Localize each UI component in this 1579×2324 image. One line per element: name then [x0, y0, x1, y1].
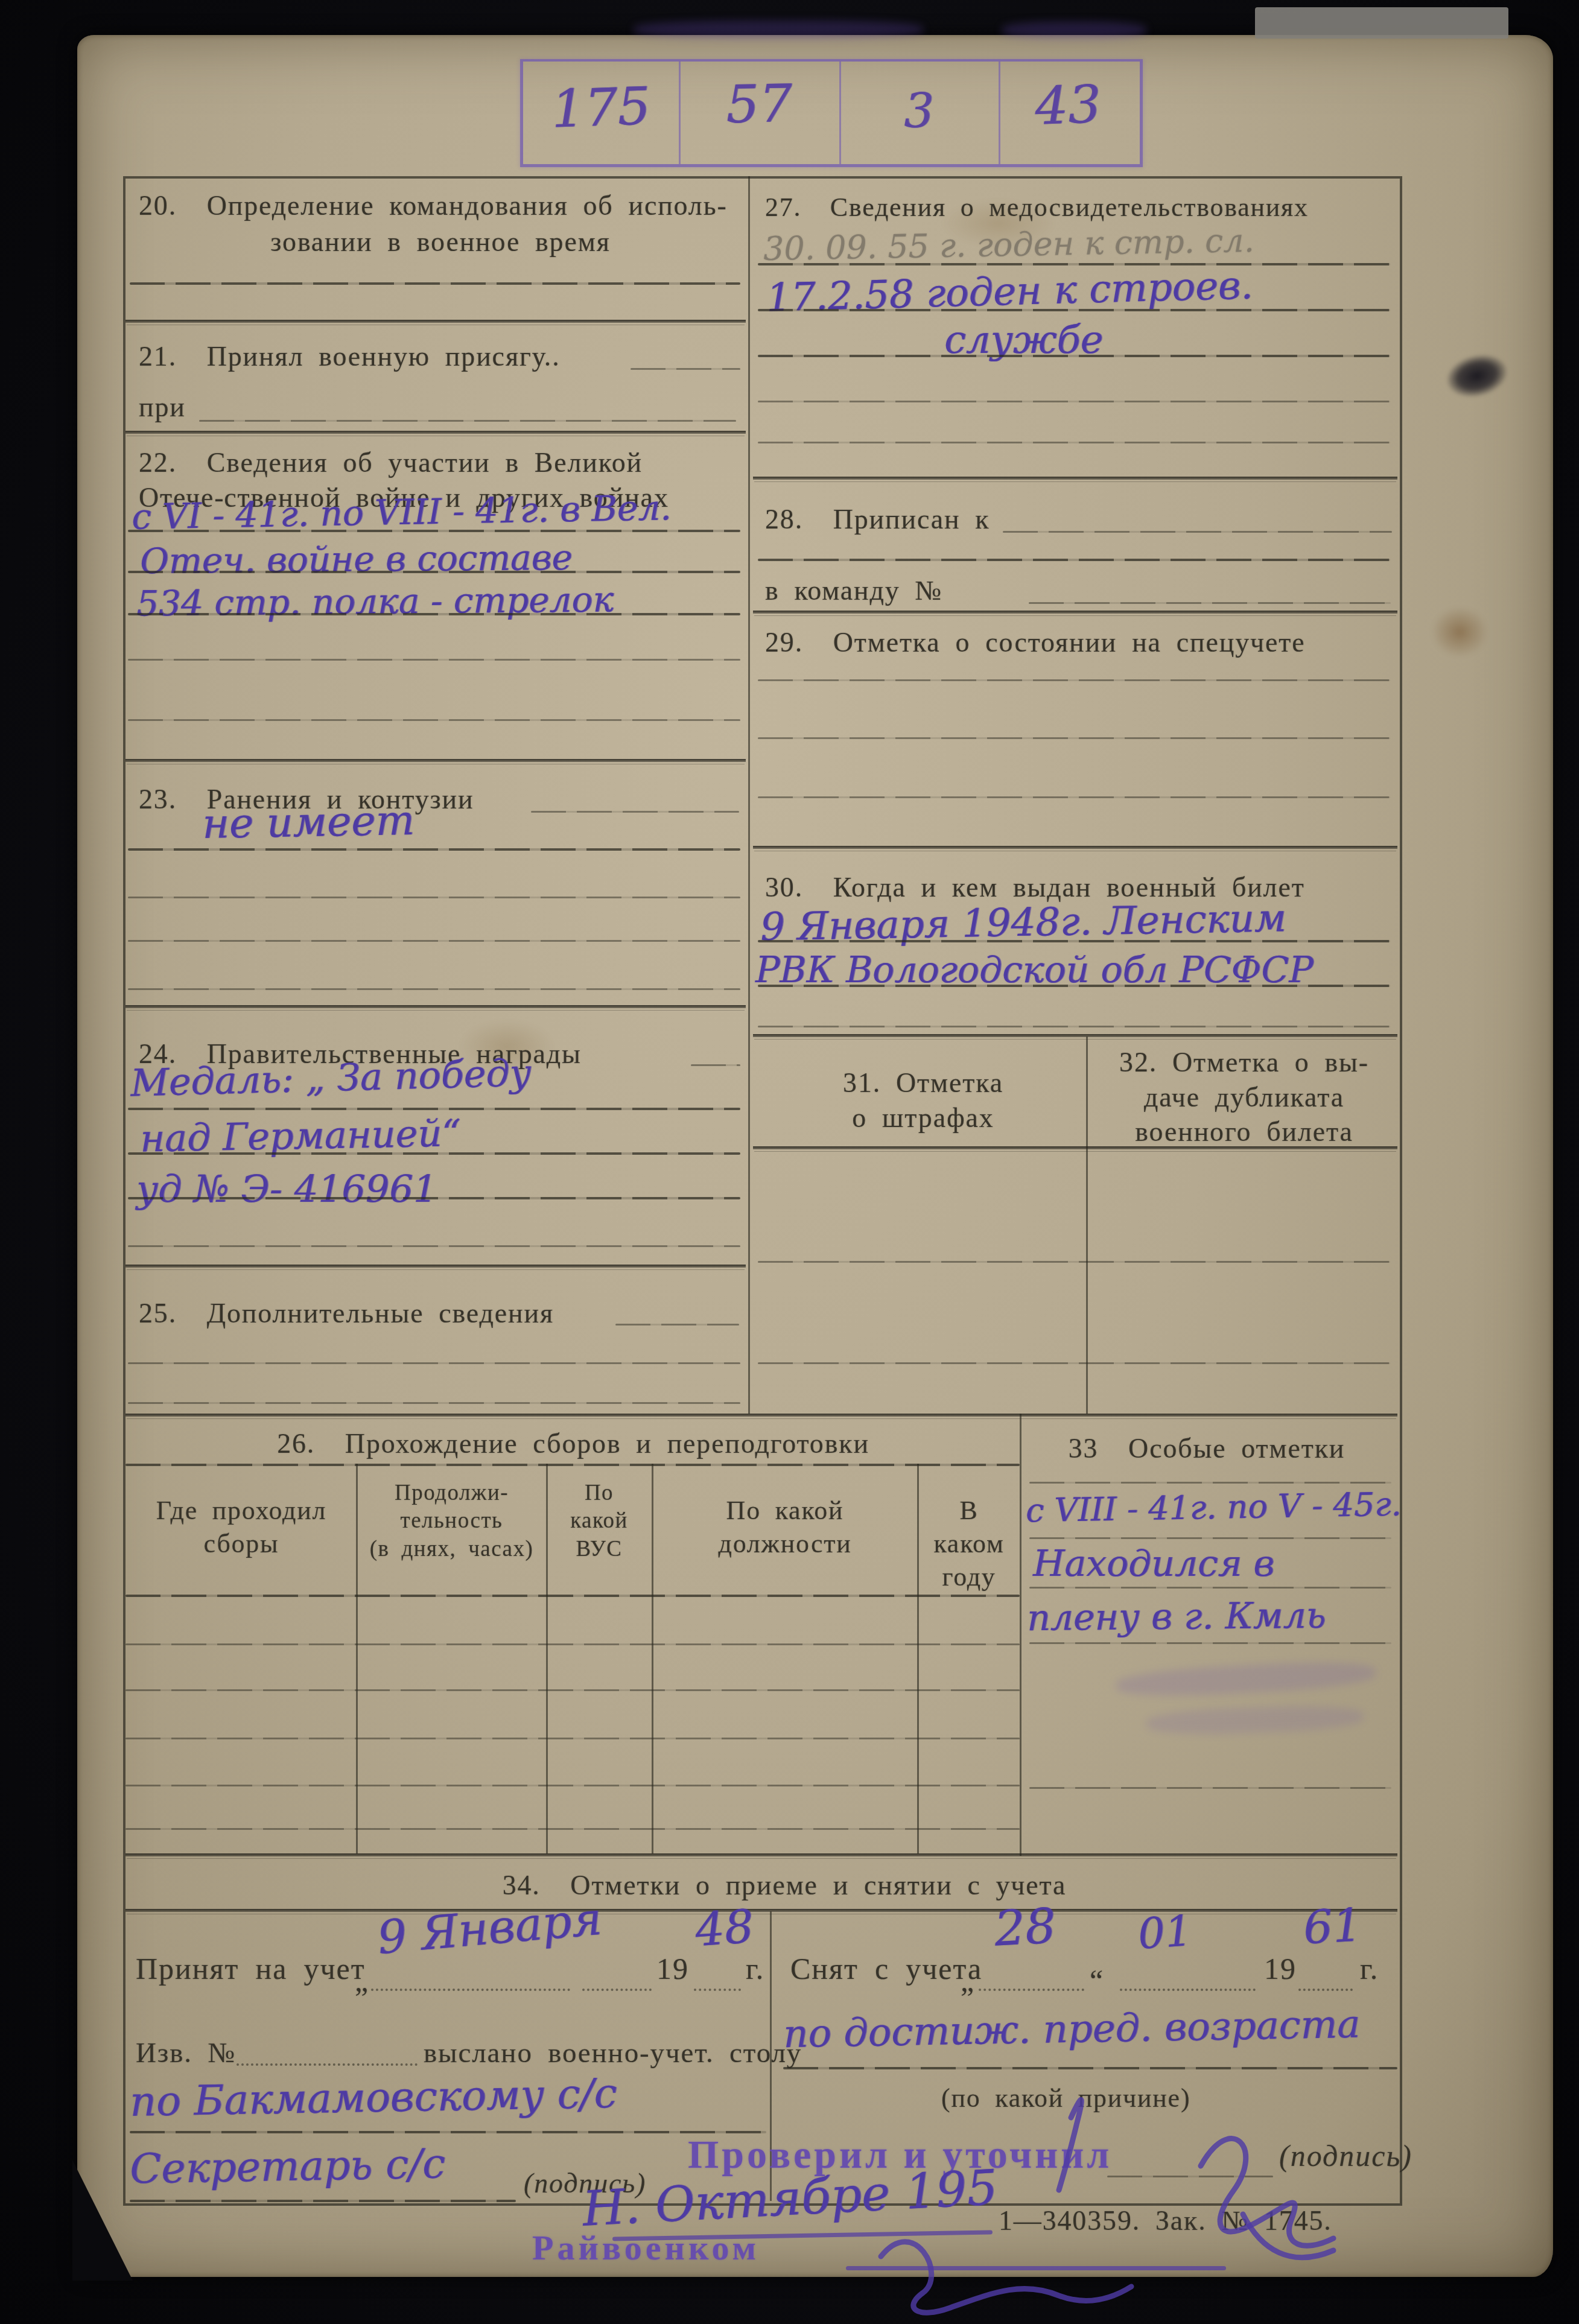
- section-label: Сведения о медосвидетельствованиях: [830, 192, 1309, 222]
- section-number: 32.: [1119, 1047, 1157, 1078]
- year-suffix: г.: [746, 1950, 764, 1988]
- handwriting: не имеет: [202, 801, 415, 845]
- izv-label: Изв. №: [136, 2036, 236, 2071]
- stamp-value: 175: [523, 80, 680, 137]
- dotted-leader: [1298, 1989, 1353, 1991]
- section-label: Принял военную присягу..: [207, 341, 561, 372]
- dotted-leader: [237, 2063, 418, 2066]
- faint-stamp-smudge: [634, 21, 923, 39]
- section-33-border: [1020, 1414, 1021, 1856]
- section-number: 28.: [765, 504, 803, 535]
- rule-line: [691, 1064, 740, 1066]
- section-20-title: 20. Определение командования об исполь-: [139, 188, 742, 223]
- table-row-line: [125, 1643, 1020, 1645]
- table-column-header: По какой ВУС: [549, 1479, 649, 1563]
- stamp-value: 3: [839, 88, 999, 135]
- rule-line: [758, 1261, 1390, 1263]
- section-label: Определение командования об исполь-: [207, 190, 728, 221]
- stamp-value: 57: [678, 77, 839, 132]
- rule-line: [758, 355, 1390, 357]
- section-29-title: 29. Отметка о состоянии на спецучете: [765, 625, 1396, 660]
- section-27-title: 27. Сведения о медосвидетельствованиях: [765, 191, 1396, 224]
- section-number: 22.: [139, 447, 177, 478]
- handwriting: РВК Вологодской обл РСФСР: [755, 952, 1314, 988]
- column-divider: [748, 176, 750, 1414]
- dotted-leader: [979, 1989, 1084, 1991]
- section-separator: [753, 477, 1397, 480]
- section-separator: [753, 1034, 1397, 1037]
- open-quote: „: [961, 1962, 975, 2000]
- rule-line: [758, 559, 1390, 561]
- rule-line: [1029, 1537, 1391, 1539]
- section-separator: [125, 1414, 1397, 1417]
- section-separator: [125, 1265, 746, 1268]
- rule-line: [128, 897, 740, 898]
- rule-line: [128, 530, 740, 532]
- section-separator: [125, 1005, 746, 1008]
- section-26-title: 26. Прохождение сборов и переподготовки: [229, 1426, 917, 1461]
- signature-strokes: [543, 2075, 1448, 2317]
- izv-label2: выслано военно-учет. столу: [424, 2036, 802, 2071]
- dotted-leader: [371, 1989, 570, 1991]
- section-number: 23.: [139, 784, 177, 814]
- rule-line: [128, 1245, 740, 1247]
- rule-line: [631, 368, 740, 370]
- faint-stamp-smudge: [1002, 22, 1146, 39]
- table-row-line: [125, 1738, 1020, 1739]
- section-31-title: 31. Отметка о штрафах: [778, 1065, 1068, 1135]
- section-number: 27.: [765, 192, 801, 222]
- handwriting: службе: [944, 321, 1103, 360]
- handwriting-year: 61: [1302, 1902, 1363, 1951]
- rule-line: [758, 309, 1390, 311]
- year-prefix: 19: [1264, 1950, 1297, 1988]
- section-21-title: 21. Принял военную присягу..: [139, 339, 706, 374]
- handwriting-year: 48: [693, 1903, 755, 1954]
- handwriting: с VI - 41г. по VIII - 41г. в Вел.: [132, 490, 672, 535]
- section-28-title: 28. Приписан к: [765, 502, 990, 537]
- dotted-leader: [694, 1989, 741, 1991]
- table-column-header: В каком году: [921, 1494, 1017, 1593]
- rule-line: [758, 1026, 1390, 1027]
- section-label: Отметки о приеме и снятии с учета: [570, 1870, 1066, 1900]
- handwriting-secretary: Секретарь с/с: [129, 2144, 445, 2190]
- section-number: 20.: [139, 190, 177, 221]
- paper-stain: [1431, 606, 1488, 658]
- rule-line: [130, 282, 740, 285]
- removed-label: Снят с учета: [790, 1950, 982, 1988]
- section-separator: [125, 1853, 1397, 1856]
- section-number: 26.: [277, 1428, 315, 1459]
- table-column-header: Где проходил сборы: [129, 1494, 354, 1560]
- registry-stamp-box: 175 57 3 43: [520, 59, 1143, 167]
- scanned-military-registration-card: 175 57 3 43 20. Определение командования…: [0, 0, 1579, 2324]
- section-label: Отметка о состоянии на спецучете: [833, 627, 1306, 658]
- stamp-value: 43: [998, 77, 1139, 134]
- section-20-title-line2: зовании в военное время: [199, 224, 682, 259]
- rule-line: [199, 420, 736, 422]
- table-header-line: [125, 1464, 1020, 1466]
- table-column-header: По какой должности: [655, 1494, 915, 1560]
- dotted-leader: [582, 1989, 652, 1991]
- handwriting: над Германией“: [139, 1114, 461, 1157]
- rule-line: [1029, 1787, 1391, 1789]
- handwriting: Находился в: [1033, 1546, 1274, 1582]
- section-separator: [753, 846, 1397, 849]
- rule-line: [758, 985, 1390, 987]
- section-separator: [125, 431, 746, 434]
- table-row-line: [125, 1785, 1020, 1786]
- section-number: 25.: [139, 1298, 177, 1329]
- rule-line: [128, 613, 740, 615]
- rule-line: [783, 2067, 1397, 2069]
- section-number: 21.: [139, 341, 177, 372]
- section-separator: [125, 320, 746, 323]
- rule-line: [758, 401, 1390, 402]
- rule-line: [128, 719, 740, 721]
- table-row-line: [125, 1828, 1020, 1830]
- rule-line: [128, 571, 740, 573]
- handwriting: уд № Э- 416961: [136, 1170, 437, 1208]
- table-column-divider: [546, 1464, 548, 1853]
- rule-line: [128, 940, 740, 942]
- table-column-header: Продолжи- тельность (в днях, часах): [360, 1479, 544, 1563]
- section-label: Приписан к: [833, 504, 990, 535]
- section-label: Дополнительные сведения: [207, 1298, 554, 1329]
- rule-line: [758, 442, 1390, 443]
- rule-line: [1029, 1642, 1391, 1644]
- scanner-edge-strip: [1255, 7, 1508, 39]
- section-separator: [753, 1146, 1397, 1149]
- table-column-divider: [356, 1464, 358, 1853]
- table-column-divider: [652, 1464, 653, 1853]
- section-separator: [753, 611, 1397, 614]
- year-suffix: г.: [1360, 1950, 1379, 1988]
- dotted-leader: [1120, 1989, 1256, 1991]
- table-column-divider: [917, 1464, 919, 1853]
- rule-line: [1029, 1482, 1391, 1484]
- section-32-title: 32. Отметка о вы- даче дубликата военног…: [1096, 1045, 1393, 1149]
- table-body-line: [125, 1595, 1020, 1597]
- section-label: Особые отметки: [1128, 1433, 1345, 1464]
- rule-line: [531, 811, 739, 813]
- rule-line: [1003, 531, 1392, 533]
- rule-line: [128, 988, 740, 990]
- rule-line: [128, 848, 740, 851]
- rule-line: [128, 1108, 740, 1110]
- section-33-title: 33 Особые отметки: [1026, 1431, 1388, 1466]
- rule-line: [758, 796, 1390, 798]
- section-separator: [125, 1909, 1397, 1912]
- rule-line: [128, 1152, 740, 1155]
- rule-line: [1029, 602, 1391, 604]
- section-number: 34.: [503, 1870, 541, 1900]
- section-28-team: в команду №: [765, 573, 942, 608]
- section-separator: [125, 759, 746, 762]
- rule-line: [1029, 1587, 1391, 1589]
- rule-line: [758, 1362, 1390, 1364]
- section-21-pri: при: [139, 390, 186, 425]
- rule-line: [128, 1402, 740, 1404]
- rule-line: [758, 737, 1390, 739]
- section-number: 33: [1069, 1433, 1099, 1464]
- table-row-line: [125, 1689, 1020, 1691]
- year-prefix: 19: [656, 1950, 689, 1988]
- rule-line: [758, 679, 1390, 681]
- rule-line: [128, 659, 740, 661]
- handwriting-reason: по достиж. пред. возраста: [783, 2005, 1361, 2054]
- rule-line: [758, 940, 1390, 942]
- open-quote: „: [355, 1962, 369, 2000]
- handwriting-day: 28: [993, 1902, 1057, 1953]
- handwriting-month: 01: [1137, 1910, 1193, 1955]
- section-number: 30.: [765, 872, 803, 903]
- rule-line: [758, 263, 1390, 265]
- rule-line: [130, 2200, 516, 2202]
- rule-line: [615, 1324, 739, 1326]
- cell-divider: [1086, 1037, 1088, 1414]
- handwriting: плену в г. Кмль: [1027, 1598, 1326, 1636]
- section-label: Прохождение сборов и переподготовки: [345, 1428, 869, 1459]
- accepted-label: Принят на учет: [136, 1950, 366, 1988]
- section-number: 31.: [843, 1067, 881, 1098]
- handwriting: с VIII - 41г. по V - 45г.: [1026, 1488, 1402, 1528]
- section-number: 29.: [765, 627, 803, 658]
- close-quote: “: [1090, 1962, 1104, 2000]
- section-label: Отметка о вы- даче дубликата военного би…: [1135, 1047, 1369, 1147]
- rule-line: [128, 1197, 740, 1199]
- handwriting: Медаль: „ За победу: [130, 1054, 532, 1102]
- rule-line: [128, 1362, 740, 1364]
